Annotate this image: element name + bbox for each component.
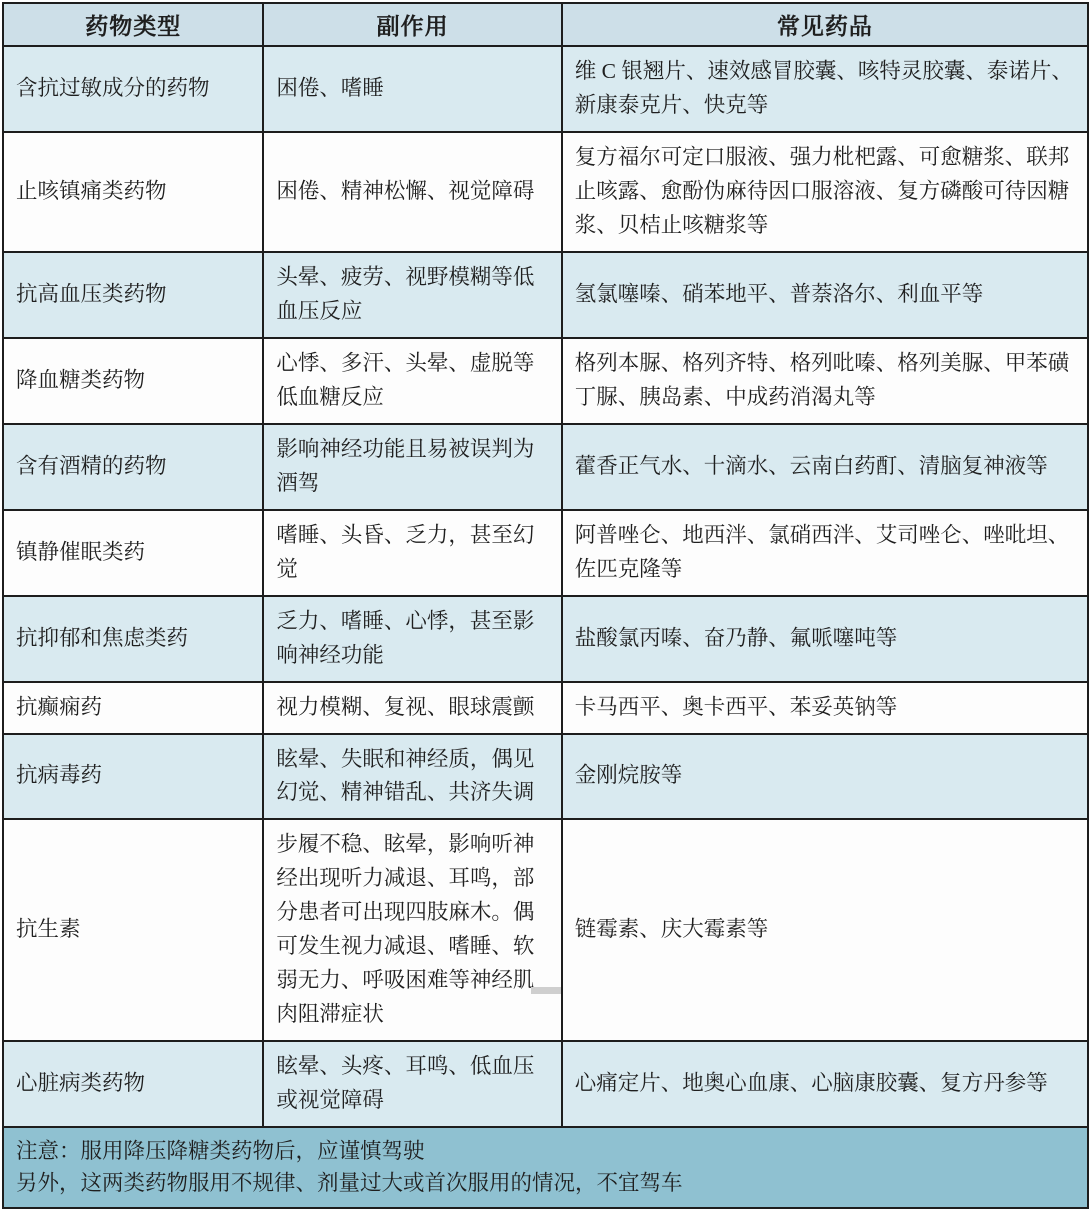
cell-common-drugs: 金刚烷胺等: [562, 734, 1088, 820]
cell-drug-type: 抗病毒药: [3, 734, 263, 820]
cell-drug-type: 含有酒精的药物: [3, 424, 263, 510]
column-header-drug-type: 药物类型: [3, 3, 263, 46]
table-row: 抗生素 步履不稳、眩晕，影响听神经出现听力减退、耳鸣，部分患者可出现四肢麻木。偶…: [3, 819, 1088, 1041]
cell-drug-type: 止咳镇痛类药物: [3, 132, 263, 252]
cell-common-drugs: 心痛定片、地奥心血康、心脑康胶囊、复方丹参等: [562, 1041, 1088, 1127]
table-row: 心脏病类药物 眩晕、头疼、耳鸣、低血压或视觉障碍 心痛定片、地奥心血康、心脑康胶…: [3, 1041, 1088, 1127]
cell-side-effects: 心悸、多汗、头晕、虚脱等低血糖反应: [263, 338, 561, 424]
table-row: 抗高血压类药物 头晕、疲劳、视野模糊等低血压反应 氢氯噻嗪、硝苯地平、普萘洛尔、…: [3, 252, 1088, 338]
cell-common-drugs: 卡马西平、奥卡西平、苯妥英钠等: [562, 682, 1088, 734]
table-row: 含抗过敏成分的药物 困倦、嗜睡 维 C 银翘片、速效感冒胶囊、咳特灵胶囊、泰诺片…: [3, 46, 1088, 132]
cell-drug-type: 抗癫痫药: [3, 682, 263, 734]
cell-side-effects: 步履不稳、眩晕，影响听神经出现听力减退、耳鸣，部分患者可出现四肢麻木。偶可发生视…: [263, 819, 561, 1041]
cell-common-drugs: 链霉素、庆大霉素等: [562, 819, 1088, 1041]
cell-common-drugs: 盐酸氯丙嗪、奋乃静、氟哌噻吨等: [562, 596, 1088, 682]
cell-common-drugs: 复方福尔可定口服液、强力枇杷露、可愈糖浆、联邦止咳露、愈酚伪麻待因口服溶液、复方…: [562, 132, 1088, 252]
cell-side-effects: 影响神经功能且易被误判为酒驾: [263, 424, 561, 510]
cell-side-effects: 眩晕、失眠和神经质，偶见幻觉、精神错乱、共济失调: [263, 734, 561, 820]
table-row: 抗抑郁和焦虑类药 乏力、嗜睡、心悸，甚至影响神经功能 盐酸氯丙嗪、奋乃静、氟哌噻…: [3, 596, 1088, 682]
cell-common-drugs: 维 C 银翘片、速效感冒胶囊、咳特灵胶囊、泰诺片、新康泰克片、快克等: [562, 46, 1088, 132]
cell-side-effects: 乏力、嗜睡、心悸，甚至影响神经功能: [263, 596, 561, 682]
medication-driving-table: 药物类型 副作用 常见药品 含抗过敏成分的药物 困倦、嗜睡 维 C 银翘片、速效…: [2, 2, 1089, 1209]
cell-drug-type: 抗抑郁和焦虑类药: [3, 596, 263, 682]
cell-side-effects: 困倦、嗜睡: [263, 46, 561, 132]
table-row: 抗病毒药 眩晕、失眠和神经质，偶见幻觉、精神错乱、共济失调 金刚烷胺等: [3, 734, 1088, 820]
cell-common-drugs: 藿香正气水、十滴水、云南白药酊、清脑复神液等: [562, 424, 1088, 510]
note-line-2: 另外，这两类药物服用不规律、剂量过大或首次服用的情况，不宜驾车: [16, 1167, 1075, 1199]
cell-drug-type: 降血糖类药物: [3, 338, 263, 424]
cell-side-effects: 困倦、精神松懈、视觉障碍: [263, 132, 561, 252]
cell-drug-type: 含抗过敏成分的药物: [3, 46, 263, 132]
column-header-common-drugs: 常见药品: [562, 3, 1088, 46]
table-row: 含有酒精的药物 影响神经功能且易被误判为酒驾 藿香正气水、十滴水、云南白药酊、清…: [3, 424, 1088, 510]
table-body: 含抗过敏成分的药物 困倦、嗜睡 维 C 银翘片、速效感冒胶囊、咳特灵胶囊、泰诺片…: [3, 46, 1088, 1127]
cell-drug-type: 抗生素: [3, 819, 263, 1041]
cell-common-drugs: 氢氯噻嗪、硝苯地平、普萘洛尔、利血平等: [562, 252, 1088, 338]
column-header-side-effects: 副作用: [263, 3, 561, 46]
note-line-1: 注意：服用降压降糖类药物后，应谨慎驾驶: [16, 1135, 1075, 1167]
cell-side-effects: 视力模糊、复视、眼球震颤: [263, 682, 561, 734]
cell-drug-type: 抗高血压类药物: [3, 252, 263, 338]
note-cell: 注意：服用降压降糖类药物后，应谨慎驾驶 另外，这两类药物服用不规律、剂量过大或首…: [3, 1127, 1088, 1208]
table-row: 止咳镇痛类药物 困倦、精神松懈、视觉障碍 复方福尔可定口服液、强力枇杷露、可愈糖…: [3, 132, 1088, 252]
cell-drug-type: 镇静催眠类药: [3, 510, 263, 596]
table-row: 降血糖类药物 心悸、多汗、头晕、虚脱等低血糖反应 格列本脲、格列齐特、格列吡嗪、…: [3, 338, 1088, 424]
cell-common-drugs: 阿普唑仑、地西泮、氯硝西泮、艾司唑仑、唑吡坦、佐匹克隆等: [562, 510, 1088, 596]
cell-drug-type: 心脏病类药物: [3, 1041, 263, 1127]
cell-side-effects: 嗜睡、头昏、乏力，甚至幻觉: [263, 510, 561, 596]
note-row: 注意：服用降压降糖类药物后，应谨慎驾驶 另外，这两类药物服用不规律、剂量过大或首…: [3, 1127, 1088, 1208]
table-row: 镇静催眠类药 嗜睡、头昏、乏力，甚至幻觉 阿普唑仑、地西泮、氯硝西泮、艾司唑仑、…: [3, 510, 1088, 596]
page-bottom-artifact: [531, 987, 561, 994]
header-row: 药物类型 副作用 常见药品: [3, 3, 1088, 46]
cell-common-drugs: 格列本脲、格列齐特、格列吡嗪、格列美脲、甲苯磺丁脲、胰岛素、中成药消渴丸等: [562, 338, 1088, 424]
cell-side-effects: 头晕、疲劳、视野模糊等低血压反应: [263, 252, 561, 338]
cell-side-effects: 眩晕、头疼、耳鸣、低血压或视觉障碍: [263, 1041, 561, 1127]
table-row: 抗癫痫药 视力模糊、复视、眼球震颤 卡马西平、奥卡西平、苯妥英钠等: [3, 682, 1088, 734]
